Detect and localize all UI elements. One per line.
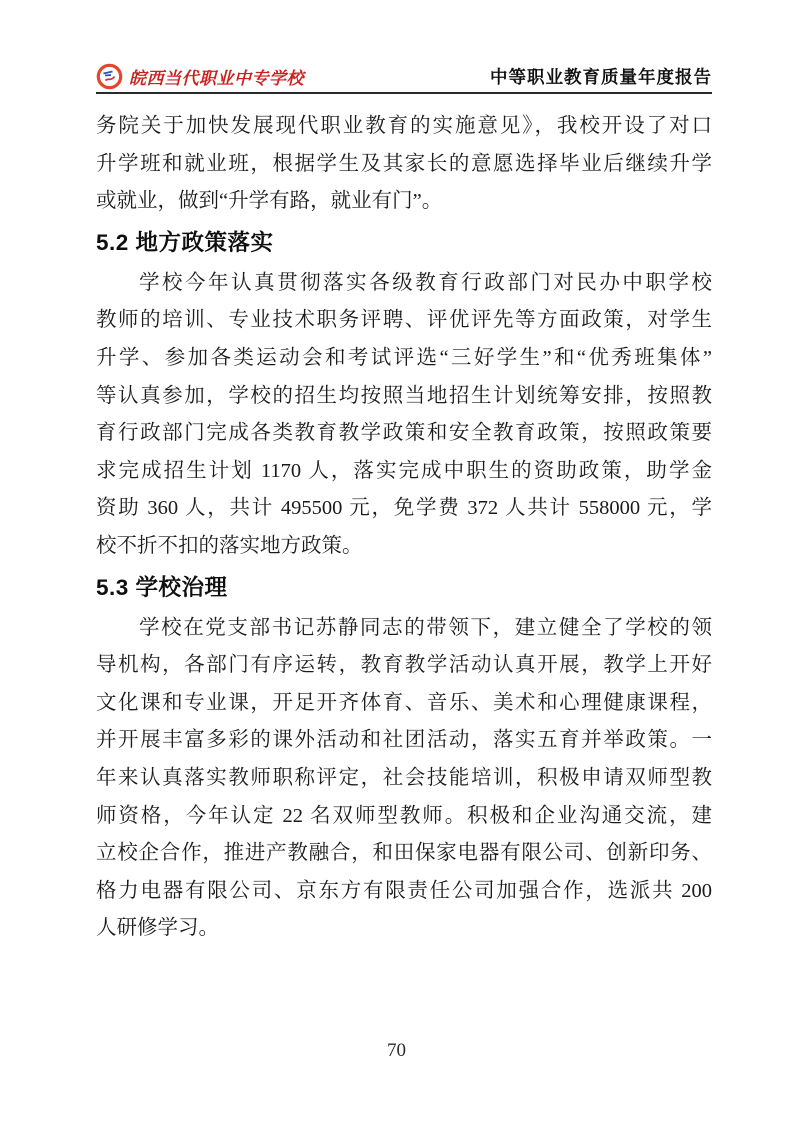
paragraph-line: 校不折不扣的落实地方政策。 xyxy=(96,528,712,566)
school-logo: 皖西当代职业中专学校 xyxy=(96,63,304,90)
school-name: 皖西当代职业中专学校 xyxy=(129,64,304,89)
page-content: 皖西当代职业中专学校 中等职业教育质量年度报告 务院关于加快发展现代职业教育的实… xyxy=(96,62,712,948)
page-header: 皖西当代职业中专学校 中等职业教育质量年度报告 xyxy=(96,62,712,90)
paragraph-line: 并开展丰富多彩的课外活动和社团活动，落实五育并举政策。一 xyxy=(96,722,712,760)
paragraph-line: 师资格，今年认定 22 名双师型教师。积极和企业沟通交流，建 xyxy=(96,798,712,836)
paragraph-line: 学校在党支部书记苏静同志的带领下，建立健全了学校的领 xyxy=(96,610,712,648)
paragraph-line: 升学、参加各类运动会和考试评选“三好学生”和“优秀班集体” xyxy=(96,340,712,378)
paragraph-line: 求完成招生计划 1170 人，落实完成中职生的资助政策，助学金 xyxy=(96,453,712,491)
paragraph-line: 人研修学习。 xyxy=(96,910,712,948)
paragraph-line: 资助 360 人，共计 495500 元，免学费 372 人共计 558000 … xyxy=(96,490,712,528)
paragraph-line: 等认真参加，学校的招生均按照当地招生计划统筹安排，按照教 xyxy=(96,378,712,416)
paragraph-line: 教师的培训、专业技术职务评聘、评优评先等方面政策，对学生 xyxy=(96,302,712,340)
paragraph-line: 导机构，各部门有序运转，教育教学活动认真开展，教学上开好 xyxy=(96,647,712,685)
page-number: 70 xyxy=(0,1040,793,1062)
paragraph-line: 年来认真落实教师职称评定，社会技能培训，积极申请双师型教 xyxy=(96,760,712,798)
paragraph-line: 格力电器有限公司、京东方有限责任公司加强合作，选派共 200 xyxy=(96,873,712,911)
paragraph-line: 升学班和就业班，根据学生及其家长的意愿选择毕业后继续升学 xyxy=(96,146,712,184)
paragraph-line: 育行政部门完成各类教育教学政策和安全教育政策，按照政策要 xyxy=(96,415,712,453)
document-body: 务院关于加快发展现代职业教育的实施意见》，我校开设了对口 升学班和就业班，根据学… xyxy=(96,108,712,948)
paragraph-line: 或就业，做到“升学有路，就业有门”。 xyxy=(96,183,712,221)
paragraph-line: 立校企合作，推进产教融合，和田保家电器有限公司、创新印务、 xyxy=(96,835,712,873)
section-heading-5-2: 5.2 地方政策落实 xyxy=(96,221,712,265)
report-title: 中等职业教育质量年度报告 xyxy=(490,64,712,89)
paragraph-line: 文化课和专业课，开足开齐体育、音乐、美术和心理健康课程， xyxy=(96,685,712,723)
paragraph-line: 务院关于加快发展现代职业教育的实施意见》，我校开设了对口 xyxy=(96,108,712,146)
document-page: 皖西当代职业中专学校 中等职业教育质量年度报告 务院关于加快发展现代职业教育的实… xyxy=(0,0,793,1122)
section-heading-5-3: 5.3 学校治理 xyxy=(96,566,712,610)
school-emblem-icon xyxy=(96,63,123,90)
header-divider xyxy=(96,92,712,94)
paragraph-line: 学校今年认真贯彻落实各级教育行政部门对民办中职学校 xyxy=(96,265,712,303)
